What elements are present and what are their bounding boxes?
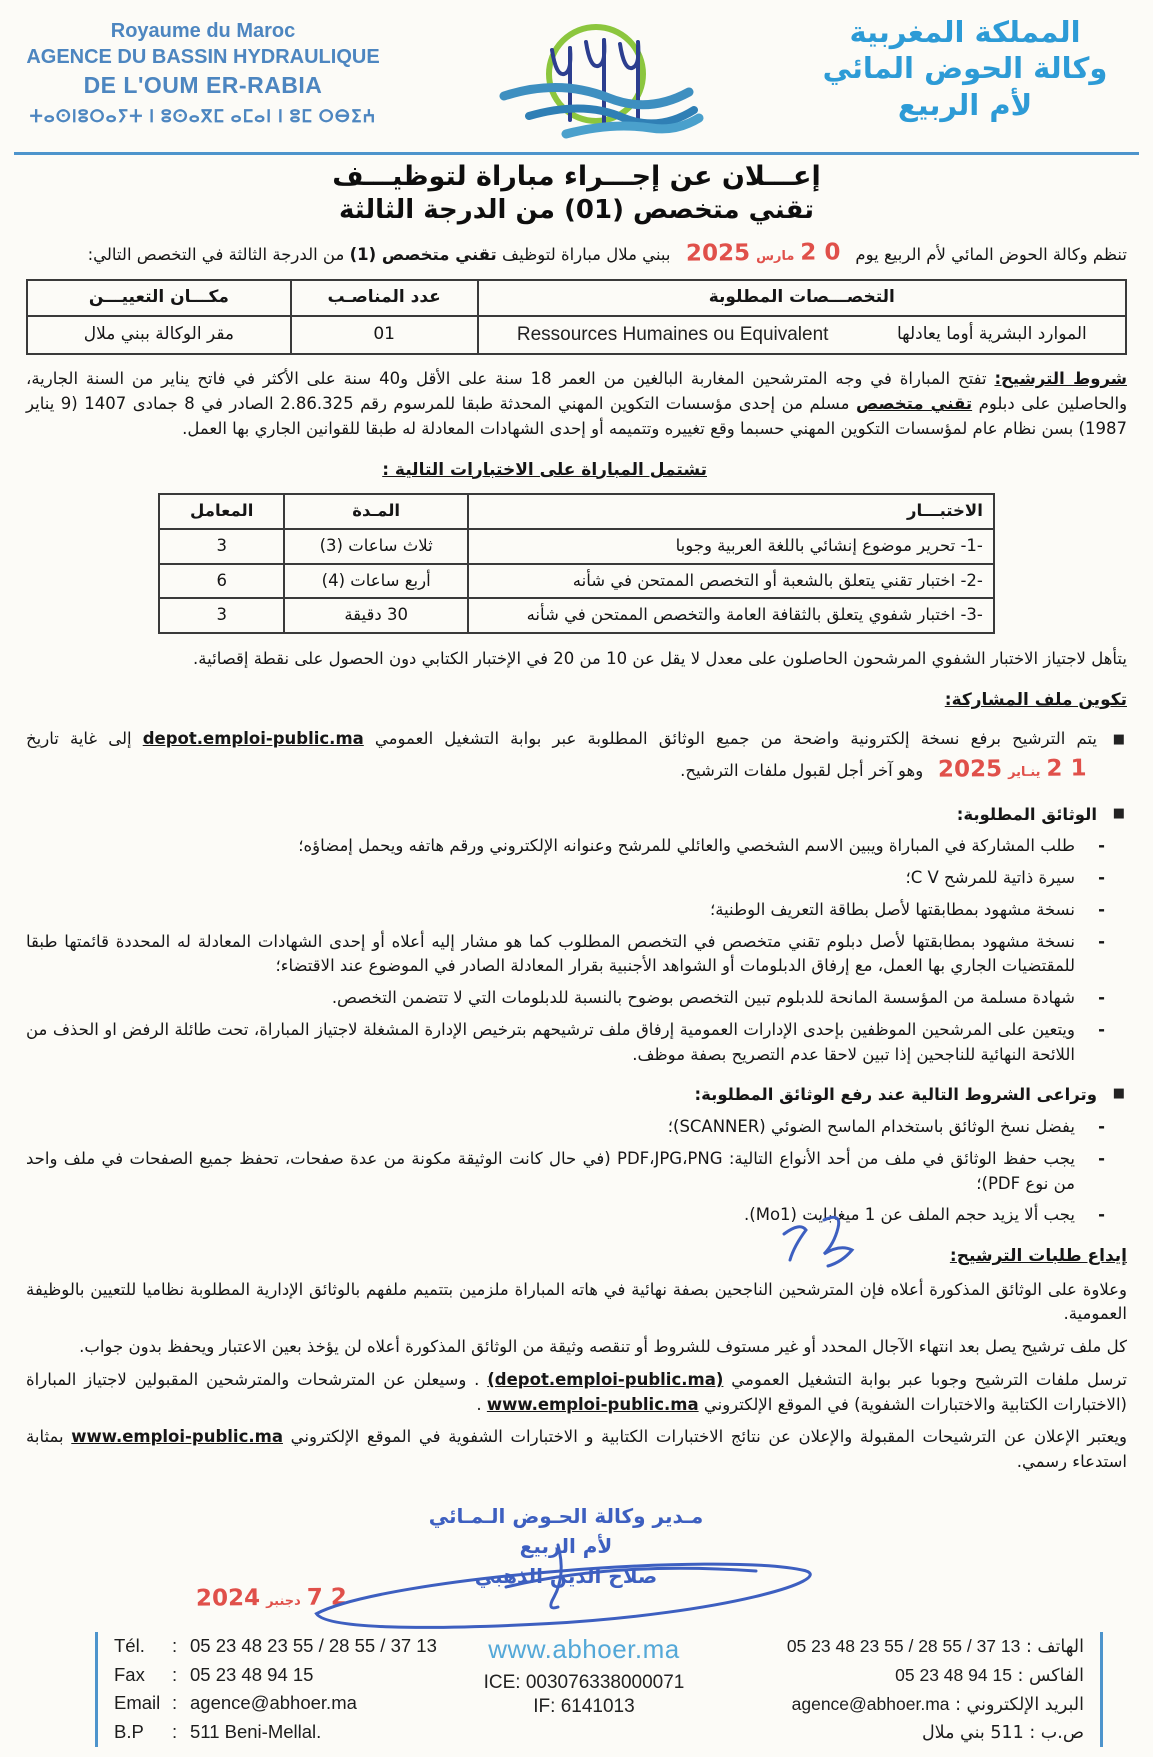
table-header-row: الاختبـــار المـدة المعامل	[159, 494, 994, 529]
director-title: مـدير وكالة الحـوض الـمـائي	[356, 1501, 776, 1531]
director-stamp: مـدير وكالة الحـوض الـمـائي لأم الربيع ص…	[356, 1501, 776, 1591]
table-row: الموارد البشرية أوما يعادلها Ressources …	[27, 316, 1126, 355]
table-row: -1- تحرير موضوع إنشائي باللغة العربية وج…	[159, 529, 994, 564]
specialty-arabic: الموارد البشرية أوما يعادلها	[897, 322, 1087, 348]
header-location: مكـــان التعييـــن	[27, 280, 291, 316]
fax-label: Fax	[114, 1661, 172, 1690]
upload-rules-heading: وتراعى الشروط التالية عند رفع الوثائق ال…	[26, 1083, 1127, 1108]
deposit-paragraph-1: وعلاوة على الوثائق المذكورة أعلاه فإن ال…	[26, 1278, 1127, 1328]
director-name: صلاح الدين الذهبي	[356, 1561, 776, 1591]
header-french-block: Royaume du Maroc AGENCE DU BASSIN HYDRAU…	[18, 12, 388, 127]
footer-row: B.P:511 Beni-Mellal.	[114, 1718, 444, 1747]
depot-portal-url: depot.emploi-public.ma	[143, 729, 364, 748]
announcement-title: إعـــلان عن إجـــراء مباراة لتوظيـــف تق…	[0, 159, 1153, 228]
agency-line-fr: AGENCE DU BASSIN HYDRAULIQUE	[18, 46, 388, 69]
tel-value-ar: 05 23 48 23 55 / 28 55 / 37 13	[787, 1636, 1021, 1656]
stamp-day: 1 2	[1047, 755, 1087, 781]
submission-post: وهو آخر أجل لقبول ملفات الترشيح.	[680, 761, 923, 780]
exam-date-stamp: 0 2مارس2025	[676, 235, 851, 271]
agency-name-ar: لأم الربيع	[795, 87, 1135, 123]
deadline-date-stamp: 1 2ينـاير2025	[928, 751, 1097, 787]
agency-name-fr: DE L'OUM ER-RABIA	[18, 72, 388, 99]
email-value: agence@abhoer.ma	[190, 1689, 357, 1718]
handwritten-mark-icon	[772, 1208, 867, 1276]
participation-file-heading: تكوين ملف المشاركة:	[26, 688, 1127, 714]
footer-row: ص.ب : 511 بني ملال	[724, 1719, 1084, 1747]
list-item: يفضل نسخ الوثائق باستخدام الماسح الضوئي …	[26, 1115, 1127, 1140]
signing-date-stamp: 2 7دجنبر2024	[186, 1580, 357, 1616]
footer-row: Fax:05 23 48 94 15	[114, 1661, 444, 1690]
conditions-label: شروط الترشيح:	[994, 369, 1127, 388]
footer-row: Email:agence@abhoer.ma	[114, 1689, 444, 1718]
deposit-p3-end: .	[476, 1395, 481, 1414]
list-item: ويتعين على المرشحين الموظفين بإحدى الإدا…	[26, 1018, 1127, 1068]
scanned-job-announcement-document: Royaume du Maroc AGENCE DU BASSIN HYDRAU…	[0, 0, 1153, 1757]
depot-portal-url: (depot.emploi-public.ma)	[487, 1370, 723, 1389]
kingdom-line-fr: Royaume du Maroc	[18, 20, 388, 43]
conditions-paragraph: شروط الترشيح: تفتح المباراة في وجه المتر…	[26, 367, 1127, 441]
if-number: IF: 6141013	[444, 1696, 724, 1718]
cell-duration: أربع ساعات (4)	[284, 564, 468, 599]
header-positions: عدد المناصـب	[291, 280, 478, 316]
stamp-month: مارس	[756, 249, 794, 264]
stamp-month: ينـاير	[1008, 765, 1041, 780]
intro-pre: تنظم وكالة الحوض المائي لأم الربيع يوم	[855, 245, 1127, 264]
cell-coefficient: 3	[159, 598, 284, 633]
table-row: -2- اختبار تقني يتعلق بالشعبة أو التخصص …	[159, 564, 994, 599]
cell-positions: 01	[291, 316, 478, 355]
tel-label-ar: الهاتف :	[1026, 1637, 1084, 1657]
intro-mid: ببني ملال مباراة لتوظيف	[502, 245, 670, 264]
table-header-row: التخصـــصات المطلوبة عدد المناصـب مكـــا…	[27, 280, 1126, 316]
cell-location: مقر الوكالة ببني ملال	[27, 316, 291, 355]
exams-heading: تشتمل المباراة على الاختبارات التالية :	[26, 458, 707, 484]
header-exam: الاختبـــار	[468, 494, 994, 529]
director-subtitle: لأم الربيع	[356, 1531, 776, 1561]
bp-label: B.P	[114, 1718, 172, 1747]
email-value-ar: agence@abhoer.ma	[792, 1694, 950, 1714]
deposit-p4-pre: ويعتبر الإعلان عن الترشيحات المقبولة وال…	[291, 1427, 1127, 1446]
emploi-public-url: www.emploi-public.ma	[487, 1395, 699, 1414]
header-duration: المـدة	[284, 494, 468, 529]
water-basin-logo-icon	[474, 12, 709, 150]
online-submission-paragraph: يتم الترشيح برفع نسخة إلكترونية واضحة من…	[26, 727, 1127, 786]
exams-table: الاختبـــار المـدة المعامل -1- تحرير موض…	[158, 493, 995, 634]
submission-pre: يتم الترشيح برفع نسخة إلكترونية واضحة من…	[375, 729, 1097, 748]
tel-value: 05 23 48 23 55 / 28 55 / 37 13	[190, 1632, 437, 1661]
cell-exam: -2- اختبار تقني يتعلق بالشعبة أو التخصص …	[468, 564, 994, 599]
stamp-day: 0 2	[800, 239, 840, 265]
cell-duration: 30 دقيقة	[284, 598, 468, 633]
table-row: -3- اختبار شفوي يتعلق بالثقافة العامة وا…	[159, 598, 994, 633]
deposit-paragraph-4: ويعتبر الإعلان عن الترشيحات المقبولة وال…	[26, 1425, 1127, 1475]
stamp-day: 2 7	[307, 1584, 347, 1610]
agency-line-ar: وكالة الحوض المائي	[795, 50, 1135, 86]
list-item: يجب ألا يزيد حجم الملف عن 1 ميغابايت (Mo…	[26, 1203, 1127, 1228]
title-line-1: إعـــلان عن إجـــراء مباراة لتوظيـــف	[0, 159, 1153, 194]
title-line-2: تقني متخصص (01) من الدرجة الثالثة	[0, 194, 1153, 228]
cell-coefficient: 6	[159, 564, 284, 599]
footer-row: الفاكس : 05 23 48 94 15	[724, 1661, 1084, 1690]
deposit-p3-pre: ترسل ملفات الترشيح وجوبا عبر بوابة التشغ…	[731, 1370, 1127, 1389]
specialty-french: Ressources Humaines ou Equivalent	[517, 321, 829, 350]
tel-label: Tél.	[114, 1632, 172, 1661]
footer-center: www.abhoer.ma ICE: 003076338000071 IF: 6…	[444, 1632, 724, 1718]
footer-row: Tél.:05 23 48 23 55 / 28 55 / 37 13	[114, 1632, 444, 1661]
list-item: سيرة ذاتية للمرشح C V؛	[26, 866, 1127, 891]
cell-specialty: الموارد البشرية أوما يعادلها Ressources …	[478, 316, 1126, 355]
fax-value: 05 23 48 94 15	[190, 1661, 313, 1690]
cell-exam: -1- تحرير موضوع إنشائي باللغة العربية وج…	[468, 529, 994, 564]
document-header: Royaume du Maroc AGENCE DU BASSIN HYDRAU…	[0, 0, 1153, 150]
stamp-year: 2025	[938, 756, 1002, 783]
cell-exam: -3- اختبار شفوي يتعلق بالثقافة العامة وا…	[468, 598, 994, 633]
list-item: نسخة مشهود بمطابقتها لأصل دبلوم تقني متخ…	[26, 930, 1127, 980]
footer-contact-ar: الهاتف : 05 23 48 23 55 / 28 55 / 37 13 …	[724, 1632, 1103, 1747]
agency-logo	[388, 12, 795, 150]
stamp-month: دجنبر	[266, 1594, 301, 1609]
list-item: نسخة مشهود بمطابقتها لأصل بطاقة التعريف …	[26, 898, 1127, 923]
document-footer: Tél.:05 23 48 23 55 / 28 55 / 37 13 Fax:…	[0, 1632, 1153, 1747]
header-arabic-block: المملكة المغربية وكالة الحوض المائي لأم …	[795, 12, 1135, 123]
email-label: Email	[114, 1689, 172, 1718]
submission-mid: إلى غاية تاريخ	[26, 729, 132, 748]
document-body: تنظم وكالة الحوض المائي لأم الربيع يوم 0…	[0, 236, 1153, 1673]
bp-label-ar: ص.ب :	[1029, 1723, 1084, 1743]
specialties-table: التخصـــصات المطلوبة عدد المناصـب مكـــا…	[26, 279, 1127, 355]
oral-qualification-note: يتأهل لاجتياز الاختبار الشفوي المرشحون ا…	[26, 647, 1127, 672]
stamp-year: 2025	[686, 240, 750, 267]
required-documents-heading: الوثائق المطلوبة:	[26, 803, 1127, 828]
cell-duration: ثلاث ساعات (3)	[284, 529, 468, 564]
cell-coefficient: 3	[159, 529, 284, 564]
agency-website: www.abhoer.ma	[444, 1634, 724, 1665]
stamp-year: 2024	[196, 1585, 260, 1612]
fax-label-ar: الفاكس :	[1018, 1666, 1084, 1686]
email-label-ar: البريد الإلكتروني :	[955, 1695, 1084, 1715]
fax-value-ar: 05 23 48 94 15	[895, 1665, 1012, 1685]
deposit-paragraph-3: ترسل ملفات الترشيح وجوبا عبر بوابة التشغ…	[26, 1368, 1127, 1418]
deposit-paragraph-2: كل ملف ترشيح يصل بعد انتهاء الآجال المحد…	[26, 1335, 1127, 1360]
bp-value-ar: 511 بني ملال	[922, 1723, 1024, 1743]
list-item: شهادة مسلمة من المؤسسة المانحة للدبلوم ت…	[26, 986, 1127, 1011]
intro-position-bold: تقني متخصص (1)	[350, 245, 497, 264]
header-specialties: التخصـــصات المطلوبة	[478, 280, 1126, 316]
bp-value: 511 Beni-Mellal.	[190, 1718, 321, 1747]
list-item: طلب المشاركة في المباراة ويبين الاسم الش…	[26, 834, 1127, 859]
list-item: يجب حفظ الوثائق في ملف من أحد الأنواع ال…	[26, 1147, 1127, 1197]
conditions-diploma-bold: تقني متخصص	[856, 394, 972, 413]
emploi-public-url: www.emploi-public.ma	[71, 1427, 283, 1446]
deposit-heading: إيداع طلبات الترشيح:	[26, 1244, 1127, 1270]
ice-number: ICE: 003076338000071	[444, 1672, 724, 1694]
agency-name-tifinagh: ⵜⴰⵙⵏⵓⵔⴰⵢⵜ ⵏ ⵓⵙⴰⴳⵎ ⴰⵎⴰⵏ ⵏ ⵓⵎ ⵔⴱⵉⵄ	[18, 107, 388, 127]
kingdom-line-ar: المملكة المغربية	[795, 14, 1135, 50]
footer-contact-fr: Tél.:05 23 48 23 55 / 28 55 / 37 13 Fax:…	[95, 1632, 444, 1747]
footer-row: البريد الإلكتروني : agence@abhoer.ma	[724, 1690, 1084, 1719]
intro-post: من الدرجة الثالثة في التخصص التالي:	[88, 245, 345, 264]
footer-row: الهاتف : 05 23 48 23 55 / 28 55 / 37 13	[724, 1632, 1084, 1661]
header-coefficient: المعامل	[159, 494, 284, 529]
intro-line: تنظم وكالة الحوض المائي لأم الربيع يوم 0…	[26, 236, 1127, 271]
header-divider	[14, 152, 1139, 155]
